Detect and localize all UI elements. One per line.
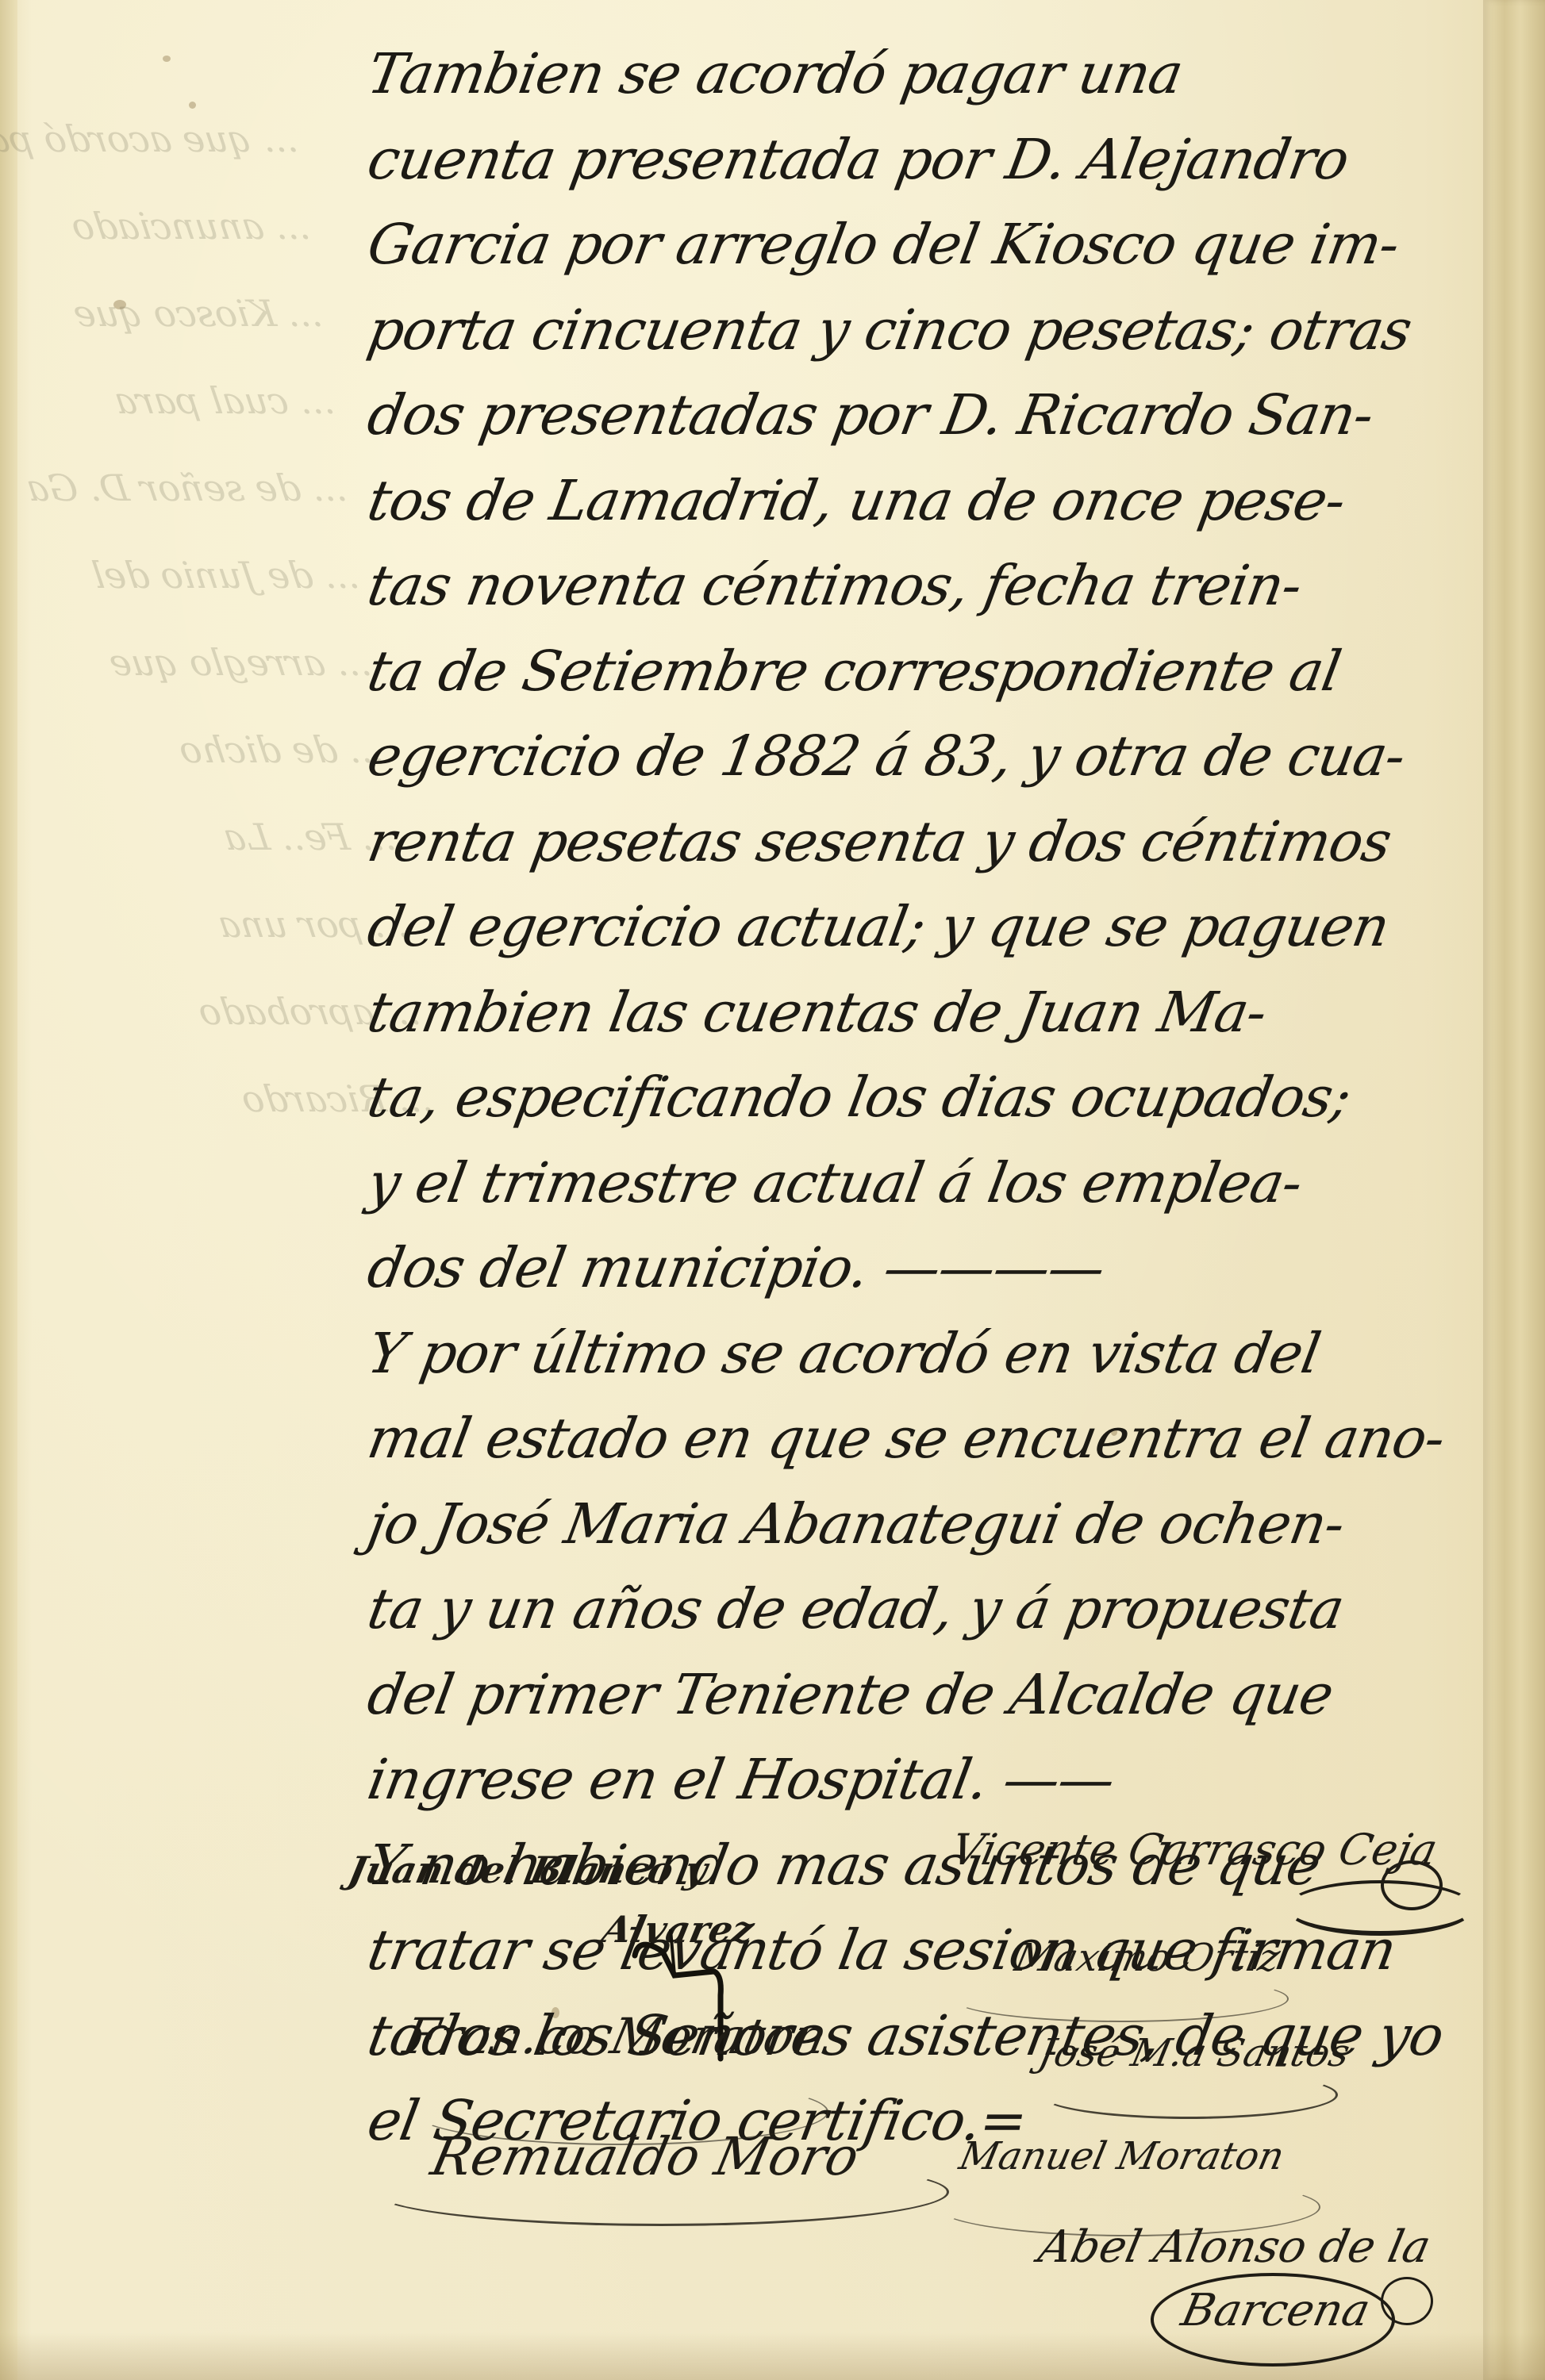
signature-vicente: Vicente Carrasco Ceja (947, 1825, 1442, 1875)
rubric-loop-icon (1381, 2277, 1433, 2325)
rubric-oval-icon (1151, 2273, 1395, 2367)
signature-jose-santos: José M.a Santos (1035, 2031, 1354, 2075)
signature-abel-alonso: Abel Alonso de la (1034, 2221, 1435, 2273)
rubric-flourish-icon (1286, 1880, 1474, 1936)
signature-juan-del-blanco: Juan del Blanco y (344, 1848, 711, 1891)
flourish-underline-icon (373, 2158, 949, 2226)
signature-francisco-moraton: Fran.co Moraton (398, 2007, 832, 2065)
signature-maximo: Maximo Ortiz (1011, 1936, 1284, 1980)
signatures-block: Vicente Carrasco Ceja Juan del Blanco y … (0, 0, 1545, 2380)
signature-manuel-moraton: Manuel Moraton (955, 2134, 1288, 2178)
flourish-underline-icon (1040, 2071, 1338, 2119)
document-page: ... que acordó pagar por ... anunciado .… (0, 0, 1545, 2380)
flourish-underline-icon (952, 1975, 1289, 2022)
rubric-loop-icon (1381, 1860, 1443, 1910)
